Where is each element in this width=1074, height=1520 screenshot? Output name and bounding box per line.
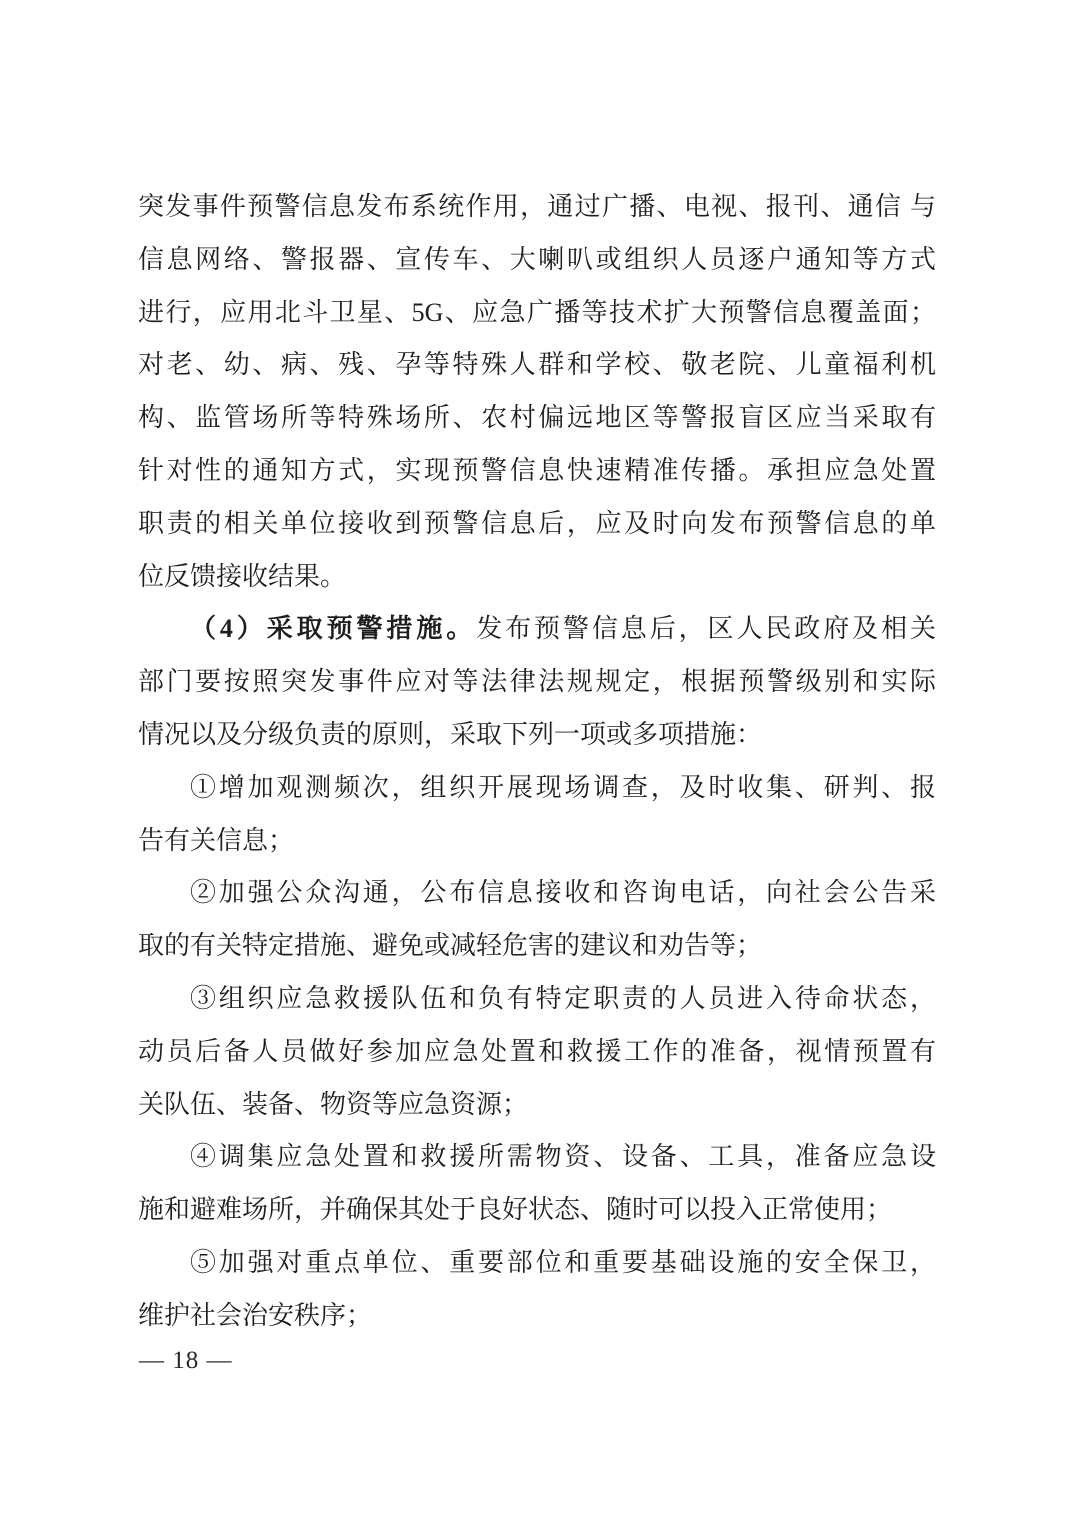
- text-line: （4）采取预警措施。发布预警信息后，区人民政府及相关: [138, 603, 936, 656]
- text-segment: 职责的相关单位接收到预警信息后，应及时向发布预警信息的单: [138, 509, 936, 538]
- text-line: ①增加观测频次，组织开展现场调查，及时收集、研判、报: [138, 762, 936, 815]
- text-line: 职责的相关单位接收到预警信息后，应及时向发布预警信息的单: [138, 498, 936, 551]
- text-line: 动员后备人员做好参加应急处置和救援工作的准备，视情预置有: [138, 1026, 936, 1079]
- text-line: 告有关信息；: [138, 815, 936, 868]
- text-line: ⑤加强对重点单位、重要部位和重要基础设施的安全保卫，: [138, 1237, 936, 1290]
- text-line: ④调集应急处置和救援所需物资、设备、工具，准备应急设: [138, 1131, 936, 1184]
- text-segment: 发布预警信息后，区人民政府及相关: [476, 614, 936, 643]
- text-line: ②加强公众沟通，公布信息接收和咨询电话，向社会公告采: [138, 867, 936, 920]
- text-segment: ④调集应急处置和救援所需物资、设备、工具，准备应急设: [190, 1142, 936, 1171]
- text-segment: 进行，应用北斗卫星、5G、应急广播等技术扩大预警信息覆盖面；: [138, 298, 936, 327]
- text-segment: 动员后备人员做好参加应急处置和救援工作的准备，视情预置有: [138, 1037, 936, 1066]
- text-line: 部门要按照突发事件应对等法律法规规定，根据预警级别和实际: [138, 656, 936, 709]
- document-body: 突发事件预警信息发布系统作用，通过广播、电视、报刊、通信 与信息网络、警报器、宣…: [138, 181, 936, 1343]
- document-page: 突发事件预警信息发布系统作用，通过广播、电视、报刊、通信 与信息网络、警报器、宣…: [0, 0, 1074, 1520]
- text-line: 维护社会治安秩序；: [138, 1290, 936, 1343]
- text-line: 进行，应用北斗卫星、5G、应急广播等技术扩大预警信息覆盖面；: [138, 287, 936, 340]
- text-segment: 位反馈接收结果。: [138, 562, 346, 591]
- text-line: 施和避难场所，并确保其处于良好状态、随时可以投入正常使用；: [138, 1184, 936, 1237]
- text-line: 构、监管场所等特殊场所、农村偏远地区等警报盲区应当采取有: [138, 392, 936, 445]
- text-line: 信息网络、警报器、宣传车、大喇叭或组织人员逐户通知等方式: [138, 234, 936, 287]
- page-number: — 18 —: [139, 1346, 233, 1376]
- text-segment: 维护社会治安秩序；: [138, 1301, 372, 1330]
- text-line: 对老、幼、病、残、孕等特殊人群和学校、敬老院、儿童福利机: [138, 339, 936, 392]
- text-segment: 施和避难场所，并确保其处于良好状态、随时可以投入正常使用；: [138, 1195, 892, 1224]
- text-segment: 告有关信息；: [138, 826, 294, 855]
- text-segment: 关队伍、装备、物资等应急资源；: [138, 1090, 528, 1119]
- text-line: 关队伍、装备、物资等应急资源；: [138, 1079, 936, 1132]
- text-segment: ③组织应急救援队伍和负有特定职责的人员进入待命状态，: [190, 984, 936, 1013]
- text-segment: 部门要按照突发事件应对等法律法规规定，根据预警级别和实际: [138, 667, 936, 696]
- text-segment: 情况以及分级负责的原则，采取下列一项或多项措施：: [138, 720, 762, 749]
- text-segment: 构、监管场所等特殊场所、农村偏远地区等警报盲区应当采取有: [138, 403, 936, 432]
- text-line: 突发事件预警信息发布系统作用，通过广播、电视、报刊、通信 与: [138, 181, 936, 234]
- text-line: 针对性的通知方式，实现预警信息快速精准传播。承担应急处置: [138, 445, 936, 498]
- text-segment: 对老、幼、病、残、孕等特殊人群和学校、敬老院、儿童福利机: [138, 350, 936, 379]
- text-line: 位反馈接收结果。: [138, 551, 936, 604]
- text-segment: 突发事件预警信息发布系统作用，通过广播、电视、报刊、通信 与: [138, 192, 936, 221]
- text-segment: ①增加观测频次，组织开展现场调查，及时收集、研判、报: [190, 773, 936, 802]
- text-segment: ②加强公众沟通，公布信息接收和咨询电话，向社会公告采: [190, 878, 936, 907]
- text-line: 情况以及分级负责的原则，采取下列一项或多项措施：: [138, 709, 936, 762]
- text-line: 取的有关特定措施、避免或减轻危害的建议和劝告等；: [138, 920, 936, 973]
- bold-heading-segment: （4）采取预警措施。: [190, 614, 476, 643]
- text-segment: 针对性的通知方式，实现预警信息快速精准传播。承担应急处置: [138, 456, 936, 485]
- text-line: ③组织应急救援队伍和负有特定职责的人员进入待命状态，: [138, 973, 936, 1026]
- text-segment: 信息网络、警报器、宣传车、大喇叭或组织人员逐户通知等方式: [138, 245, 936, 274]
- text-segment: ⑤加强对重点单位、重要部位和重要基础设施的安全保卫，: [190, 1248, 936, 1277]
- text-segment: 取的有关特定措施、避免或减轻危害的建议和劝告等；: [138, 931, 762, 960]
